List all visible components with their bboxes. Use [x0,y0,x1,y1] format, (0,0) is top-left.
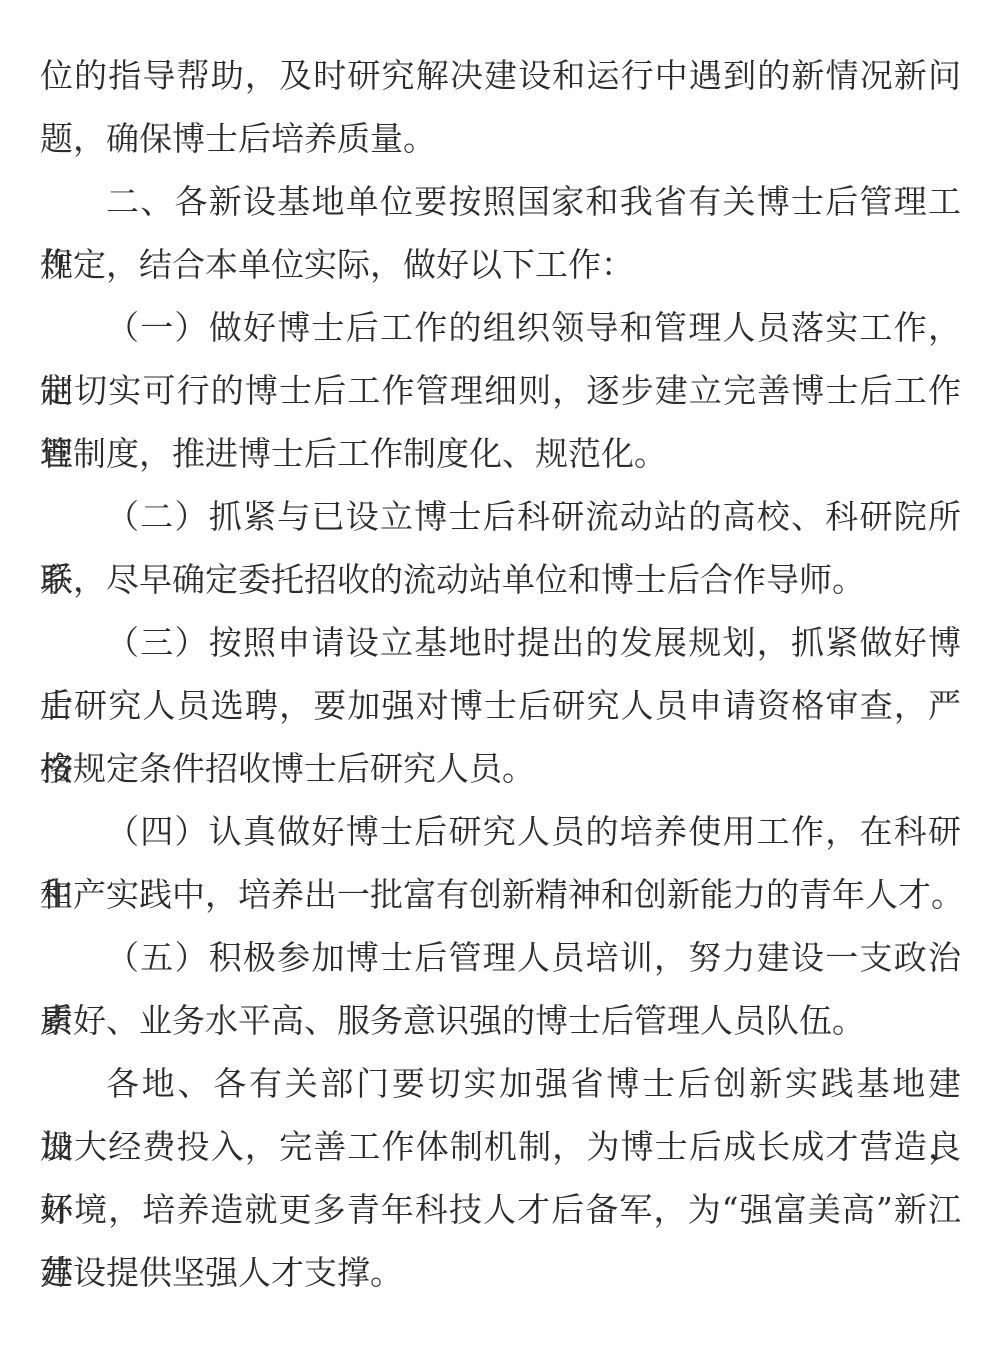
text-line: 理制度，推进博士后工作制度化、规范化。 [40,422,961,485]
text-line: （三）按照申请设立基地时提出的发展规划，抓紧做好博士 [40,611,961,674]
text-line: 后研究人员选聘，要加强对博士后研究人员申请资格审查，严格 [40,674,961,737]
text-line: 按规定条件招收博士后研究人员。 [40,737,961,800]
text-line: （四）认真做好博士后研究人员的培养使用工作，在科研和 [40,800,961,863]
text-line: 题，确保博士后培养质量。 [40,107,961,170]
text-line: （二）抓紧与已设立博士后科研流动站的高校、科研院所联 [40,485,961,548]
document-text-body: 位的指导帮助，及时研究解决建设和运行中遇到的新情况新问题，确保博士后培养质量。二… [40,44,961,1304]
text-line: （一）做好博士后工作的组织领导和管理人员落实工作，制 [40,296,961,359]
text-line: 定切实可行的博士后工作管理细则，逐步建立完善博士后工作管 [40,359,961,422]
document-page: 位的指导帮助，及时研究解决建设和运行中遇到的新情况新问题，确保博士后培养质量。二… [0,0,1003,1353]
text-line: 质好、业务水平高、服务意识强的博士后管理人员队伍。 [40,989,961,1052]
text-line: 规定，结合本单位实际，做好以下工作： [40,233,961,296]
text-line: 系，尽早确定委托招收的流动站单位和博士后合作导师。 [40,548,961,611]
text-line: 加大经费投入，完善工作体制机制，为博士后成长成才营造良好 [40,1115,961,1178]
text-line: 位的指导帮助，及时研究解决建设和运行中遇到的新情况新问 [40,44,961,107]
text-line: 生产实践中，培养出一批富有创新精神和创新能力的青年人才。 [40,863,961,926]
text-line: （五）积极参加博士后管理人员培训，努力建设一支政治素 [40,926,961,989]
text-line: 二、各新设基地单位要按照国家和我省有关博士后管理工作 [40,170,961,233]
text-line: 环境，培养造就更多青年科技人才后备军，为“强富美高”新江苏 [40,1178,961,1241]
text-line: 建设提供坚强人才支撑。 [40,1241,961,1304]
text-line: 各地、各有关部门要切实加强省博士后创新实践基地建设， [40,1052,961,1115]
